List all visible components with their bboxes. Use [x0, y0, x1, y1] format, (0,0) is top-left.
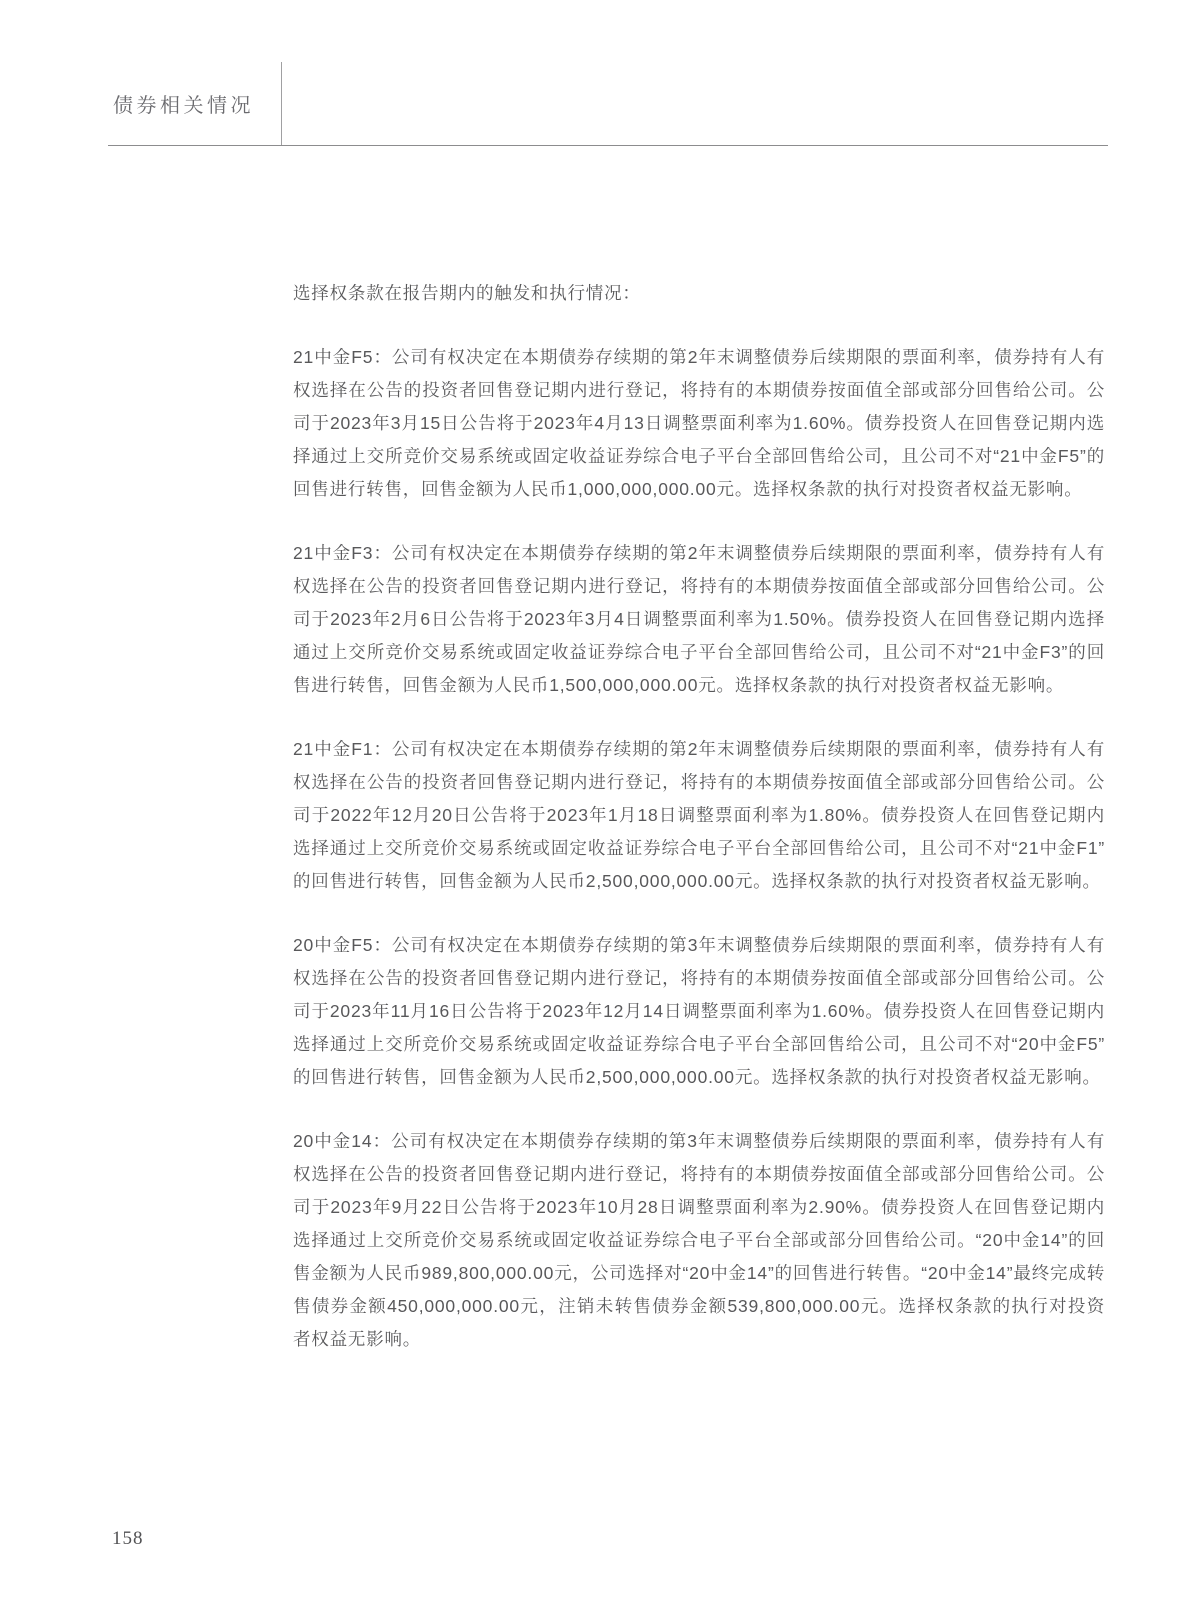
header-vertical-divider — [281, 62, 282, 145]
intro-line: 选择权条款在报告期内的触发和执行情况： — [293, 277, 1105, 310]
bond-paragraph-21zj-f5: 21中金F5：公司有权决定在本期债券存续期的第2年末调整债券后续期限的票面利率，… — [293, 341, 1105, 506]
document-page: 债券相关情况 选择权条款在报告期内的触发和执行情况： 21中金F5：公司有权决定… — [0, 0, 1190, 1615]
bond-paragraph-20zj-14: 20中金14：公司有权决定在本期债券存续期的第3年末调整债券后续期限的票面利率，… — [293, 1125, 1105, 1356]
section-title: 债券相关情况 — [113, 89, 254, 118]
bond-paragraph-21zj-f3: 21中金F3：公司有权决定在本期债券存续期的第2年末调整债券后续期限的票面利率，… — [293, 537, 1105, 702]
body-text-block: 选择权条款在报告期内的触发和执行情况： 21中金F5：公司有权决定在本期债券存续… — [293, 277, 1105, 1387]
header-horizontal-divider — [108, 145, 1108, 146]
bond-paragraph-21zj-f1: 21中金F1：公司有权决定在本期债券存续期的第2年末调整债券后续期限的票面利率，… — [293, 733, 1105, 898]
page-number: 158 — [112, 1528, 144, 1550]
bond-paragraph-20zj-f5: 20中金F5：公司有权决定在本期债券存续期的第3年末调整债券后续期限的票面利率，… — [293, 929, 1105, 1094]
